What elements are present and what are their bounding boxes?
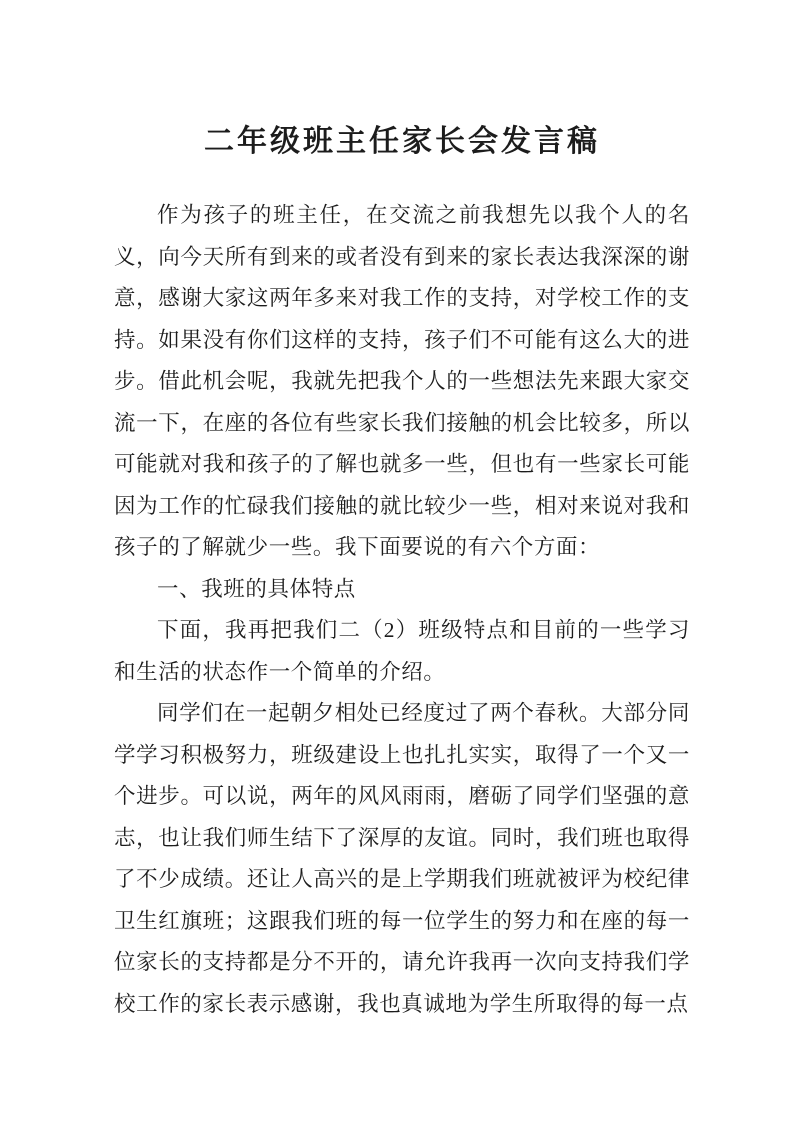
paragraph-intro: 作为孩子的班主任，在交流之前我想先以我个人的名义，向今天所有到来的或者没有到来的… xyxy=(114,195,690,569)
document-title: 二年级班主任家长会发言稿 xyxy=(114,122,690,162)
paragraph-class-details: 同学们在一起朝夕相处已经度过了两个春秋。大部分同学学习积极努力，班级建设上也扎扎… xyxy=(114,693,690,1025)
paragraph-class-intro: 下面，我再把我们二（2）班级特点和目前的一些学习和生活的状态作一个简单的介绍。 xyxy=(114,610,690,693)
document-page: 二年级班主任家长会发言稿 作为孩子的班主任，在交流之前我想先以我个人的名义，向今… xyxy=(0,0,793,1122)
section-heading-class-characteristics: 一、我班的具体特点 xyxy=(114,569,690,611)
document-body: 作为孩子的班主任，在交流之前我想先以我个人的名义，向今天所有到来的或者没有到来的… xyxy=(114,195,690,1025)
